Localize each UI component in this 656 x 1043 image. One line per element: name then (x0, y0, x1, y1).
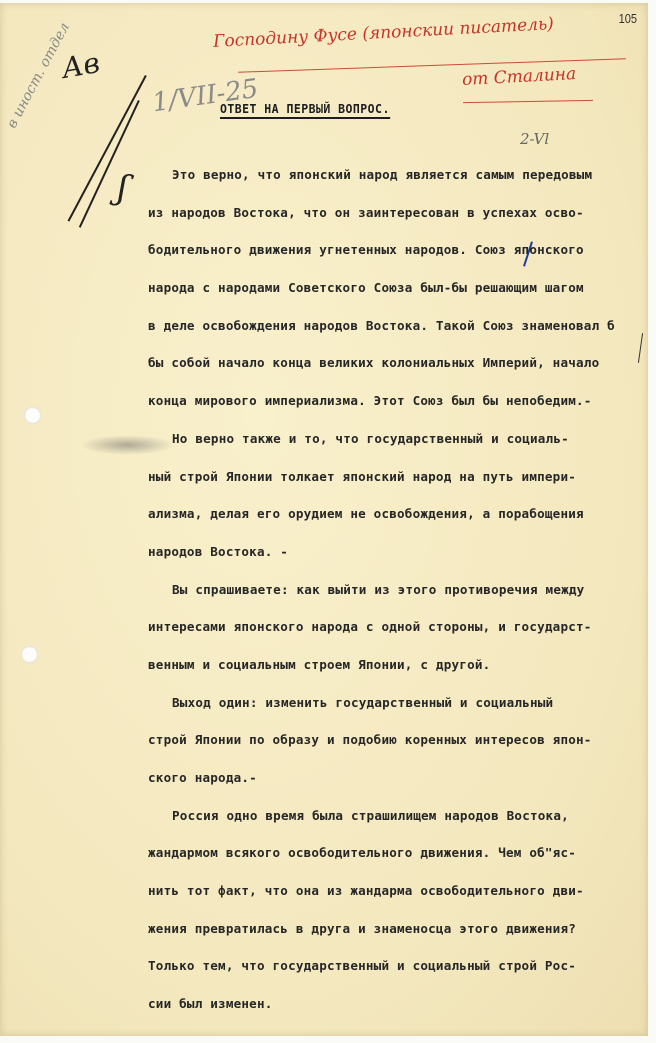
margin-tick-mark (638, 333, 643, 363)
ink-loop-mark-icon: ʃ (115, 168, 130, 209)
text-line: Только тем, что государственный и социал… (148, 954, 628, 992)
text-line: бодительного движения угнетенных народов… (148, 238, 628, 276)
text-line: жандармом всякого освободительного движе… (148, 841, 628, 879)
punch-hole (24, 407, 41, 424)
punch-hole (21, 646, 38, 663)
text-line: ализма, делая его орудием не освобождени… (148, 502, 628, 540)
document-page: 105 Господину Фусе (японскии писатель) о… (0, 3, 648, 1036)
text-line: Россия одно время была страшилищем народ… (148, 804, 628, 842)
handwritten-signature: от Сталина (462, 64, 577, 90)
text-line: народа с народами Советского Союза был-б… (148, 276, 628, 314)
text-line: Но верно также и то, что государственный… (148, 427, 628, 465)
text-line: жения превратилась в друга и знаменосца … (148, 917, 628, 955)
document-title: ОТВЕТ НА ПЕРВЫЙ ВОПРОС. (220, 101, 390, 119)
red-underline (463, 100, 593, 103)
text-line: венным и социальным строем Японии, с дру… (148, 653, 628, 691)
ink-slash-mark (79, 100, 140, 228)
text-line: интересами японского народа с одной стор… (148, 615, 628, 653)
text-line: Выход один: изменить государственный и с… (148, 691, 628, 729)
text-line: Это верно, что японский народ является с… (148, 163, 628, 201)
text-line: Вы спрашиваете: как выйти из этого проти… (148, 578, 628, 616)
text-line: конца мирового империализма. Этот Союз б… (148, 389, 628, 427)
ink-initials: Ав (59, 46, 102, 85)
text-line: в деле освобождения народов Востока. Так… (148, 314, 628, 352)
text-line: строй Японии по образу и подобию коренны… (148, 728, 628, 766)
ink-slash-mark (68, 75, 147, 222)
typed-body-text: Это верно, что японский народ является с… (148, 163, 628, 1030)
text-line: сии был изменен. (148, 992, 628, 1030)
text-line: ный строй Японии толкает японский народ … (148, 465, 628, 503)
handwritten-note-right: 2-Vl (520, 130, 549, 148)
text-line: бы собой начало конца великих колониальн… (148, 351, 628, 389)
text-line: ского народа.- (148, 766, 628, 804)
text-line: из народов Востока, что он заинтересован… (148, 201, 628, 239)
page-number: 105 (619, 11, 637, 26)
handwritten-addressee: Господину Фусе (японскии писатель) (213, 14, 555, 52)
text-line: нить тот факт, что она из жандарма освоб… (148, 879, 628, 917)
text-line: народов Востока. - (148, 540, 628, 578)
